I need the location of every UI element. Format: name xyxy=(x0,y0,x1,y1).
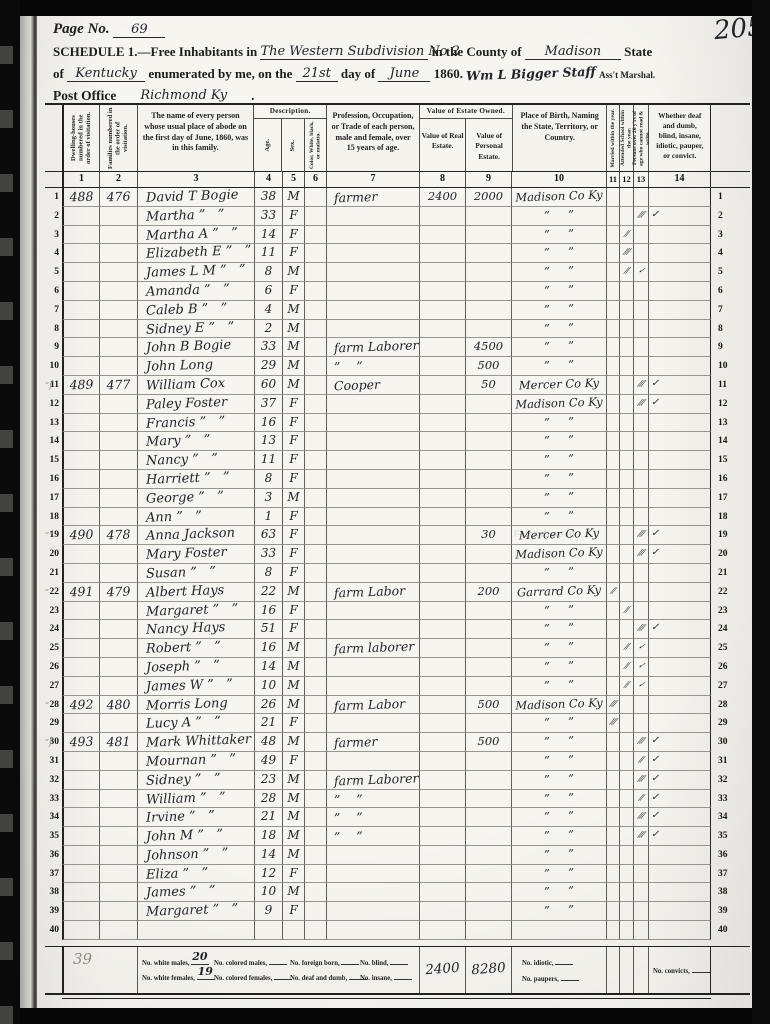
cell-name: William Cox xyxy=(138,376,255,395)
table-row: 4 Elizabeth E ” ” 11 F ” ” /// 4 xyxy=(45,244,750,263)
county-blank: Madison xyxy=(525,44,621,60)
cell-occupation xyxy=(327,526,420,545)
cell-birthplace: ” ” xyxy=(512,827,607,846)
cell-personal-estate-value xyxy=(466,489,512,508)
cell-birthplace: ” ” xyxy=(512,602,607,621)
colnum-6: 6 xyxy=(305,172,327,187)
table-row: 34 Irvine ” ” 21 M ” ” ” ” /// ✓ 34 xyxy=(45,808,750,827)
cell-occupation xyxy=(327,677,420,696)
table-row: 2 Martha ” ” 33 F ” ” /// ✓ 2 xyxy=(45,207,750,226)
cell-sex: F xyxy=(283,714,305,733)
cell-occupation xyxy=(327,865,420,884)
cell-dwelling-number xyxy=(62,564,100,583)
cell-cannot-read-write: /// xyxy=(634,395,649,414)
cell-sex: M xyxy=(283,733,305,752)
cell-sex: M xyxy=(283,263,305,282)
summary-margin-right xyxy=(711,947,750,993)
cell-occupation xyxy=(327,282,420,301)
cell-birthplace: ” ” xyxy=(512,902,607,921)
cell-color xyxy=(305,320,327,339)
cell-occupation xyxy=(327,508,420,527)
cell-real-estate-value xyxy=(420,263,466,282)
cell-attended-school: /// xyxy=(620,244,634,263)
cell-real-estate-value xyxy=(420,583,466,602)
row-number-right: 14 xyxy=(711,432,750,451)
cell-deaf-dumb-blind xyxy=(649,263,711,282)
row-number-right: 40 xyxy=(711,921,750,940)
cell-birthplace: ” ” xyxy=(512,489,607,508)
cell-deaf-dumb-blind xyxy=(649,226,711,245)
cell-deaf-dumb-blind xyxy=(649,451,711,470)
cell-age: 10 xyxy=(255,883,283,902)
cell-personal-estate-value xyxy=(466,282,512,301)
header-real-estate: Value of Real Estate. xyxy=(420,119,467,171)
row-number-right: 26 xyxy=(711,658,750,677)
cell-birthplace: Garrard Co Ky xyxy=(512,583,607,602)
idiotic-label: No. idiotic, xyxy=(522,957,606,967)
cell-real-estate-value xyxy=(420,714,466,733)
cell-personal-estate-value xyxy=(466,470,512,489)
cell-age: 14 xyxy=(255,658,283,677)
colnum-12: 12 xyxy=(620,172,634,187)
cell-deaf-dumb-blind: ✓ xyxy=(649,752,711,771)
cell-dwelling-number xyxy=(62,752,100,771)
cell-dwelling-number xyxy=(62,677,100,696)
header-sex: Sex. xyxy=(282,119,304,172)
cell-age: 26 xyxy=(255,696,283,715)
cell-cannot-read-write xyxy=(634,489,649,508)
cell-attended-school xyxy=(620,526,634,545)
cell-married-within-year xyxy=(607,338,620,357)
summary-real-total: 2400 xyxy=(420,947,466,993)
cell-name: Nancy ” ” xyxy=(138,451,255,470)
cell-color xyxy=(305,733,327,752)
cell-real-estate-value xyxy=(420,395,466,414)
cell-dwelling-number: 491 xyxy=(62,583,100,602)
cell-name: Morris Long xyxy=(138,696,255,715)
scanned-census-page: { "colors": {"ink": "#23232c", "pencil":… xyxy=(0,0,770,1024)
summary-pair: No. colored females, xyxy=(214,972,290,982)
cell-name: Martha ” ” xyxy=(138,207,255,226)
cell-deaf-dumb-blind xyxy=(649,301,711,320)
cell-cannot-read-write xyxy=(634,320,649,339)
cell-occupation xyxy=(327,320,420,339)
cell-occupation: farm Labor xyxy=(327,583,420,602)
header-color: Color, White, black, or mulatto. xyxy=(305,119,326,172)
cell-dwelling-number xyxy=(62,470,100,489)
cell-personal-estate-value: 500 xyxy=(466,733,512,752)
row-number-right: 1 xyxy=(711,188,750,207)
row-number-left: 31 xyxy=(45,752,62,771)
cell-birthplace: ” ” xyxy=(512,357,607,376)
cell-married-within-year xyxy=(607,395,620,414)
cell-cannot-read-write: /// xyxy=(634,771,649,790)
cell-deaf-dumb-blind xyxy=(649,320,711,339)
table-row: 36 Johnson ” ” 14 M ” ” 36 xyxy=(45,846,750,865)
summary-personal-total: 8280 xyxy=(466,947,512,993)
cell-age: 18 xyxy=(255,827,283,846)
colnum-13: 13 xyxy=(634,172,649,187)
cell-color xyxy=(305,357,327,376)
row-number-right: 31 xyxy=(711,752,750,771)
cell-personal-estate-value: 50 xyxy=(466,376,512,395)
cell-family-number xyxy=(100,282,138,301)
cell-color xyxy=(305,583,327,602)
cell-name: Elizabeth E ” ” xyxy=(138,244,255,263)
colnum-margin-right xyxy=(711,172,750,187)
table-row: 33 William ” ” 28 M ” ” ” ” // ✓ 33 xyxy=(45,790,750,809)
cell-dwelling-number xyxy=(62,263,100,282)
cell-attended-school xyxy=(620,583,634,602)
cell-name: Johnson ” ” xyxy=(138,846,255,865)
row-number-left: 32 xyxy=(45,771,62,790)
cell-color xyxy=(305,301,327,320)
cell-cannot-read-write: /// xyxy=(634,207,649,226)
table-row: 9 John B Bogie 33 M farm Laborer 4500 ” … xyxy=(45,338,750,357)
row-number-left: 4 xyxy=(45,244,62,263)
cell-color xyxy=(305,376,327,395)
cell-name: James L M ” ” xyxy=(138,263,255,282)
cell-sex: M xyxy=(283,357,305,376)
cell-age: 13 xyxy=(255,432,283,451)
cell-family-number xyxy=(100,451,138,470)
cell-birthplace: ” ” xyxy=(512,301,607,320)
row-number-left: 17 xyxy=(45,489,62,508)
cell-name: Anna Jackson xyxy=(138,526,255,545)
cell-attended-school xyxy=(620,827,634,846)
census-table: Dwelling-houses numbered in the order of… xyxy=(45,103,750,999)
cell-married-within-year xyxy=(607,470,620,489)
cell-occupation xyxy=(327,883,420,902)
cell-attended-school xyxy=(620,714,634,733)
cell-married-within-year xyxy=(607,564,620,583)
row-number-left: 12 xyxy=(45,395,62,414)
cell-color xyxy=(305,921,327,940)
cell-deaf-dumb-blind xyxy=(649,357,711,376)
cell-name: Harriett ” ” xyxy=(138,470,255,489)
marshal-label: Ass't Marshal. xyxy=(599,70,655,80)
row-number-left: 40 xyxy=(45,921,62,940)
cell-personal-estate-value: 2000 xyxy=(466,188,512,207)
cell-age: 8 xyxy=(255,564,283,583)
cell-personal-estate-value xyxy=(466,263,512,282)
cell-cannot-read-write xyxy=(634,451,649,470)
cell-age: 1 xyxy=(255,508,283,527)
row-number-left: 14 xyxy=(45,432,62,451)
cell-real-estate-value xyxy=(420,432,466,451)
table-row: 10 John Long 29 M ” ” 500 ” ” 10 xyxy=(45,357,750,376)
cell-name: David T Bogie xyxy=(138,188,255,207)
cell-deaf-dumb-blind xyxy=(649,639,711,658)
cell-deaf-dumb-blind: ✓ xyxy=(649,376,711,395)
cell-age: 48 xyxy=(255,733,283,752)
row-number-right: 6 xyxy=(711,282,750,301)
cell-color xyxy=(305,470,327,489)
cell-deaf-dumb-blind: ✓ xyxy=(649,620,711,639)
cell-color xyxy=(305,602,327,621)
cell-sex: F xyxy=(283,564,305,583)
cell-age: 14 xyxy=(255,846,283,865)
cell-attended-school xyxy=(620,865,634,884)
cell-sex: F xyxy=(283,620,305,639)
table-row: 14 Mary ” ” 13 F ” ” 14 xyxy=(45,432,750,451)
cell-birthplace: ” ” xyxy=(512,620,607,639)
cell-attended-school: // xyxy=(620,263,634,282)
row-number-left: 3 xyxy=(45,226,62,245)
cell-birthplace: ” ” xyxy=(512,244,607,263)
cell-cannot-read-write xyxy=(634,921,649,940)
cell-attended-school xyxy=(620,357,634,376)
row-number-left: 1 xyxy=(45,188,62,207)
cell-deaf-dumb-blind xyxy=(649,921,711,940)
row-number-left: 15 xyxy=(45,451,62,470)
cell-attended-school: // xyxy=(620,226,634,245)
cell-real-estate-value xyxy=(420,320,466,339)
cell-occupation xyxy=(327,714,420,733)
cell-married-within-year xyxy=(607,282,620,301)
table-row: 3 Martha A ” ” 14 F ” ” // 3 xyxy=(45,226,750,245)
row-number-right: 38 xyxy=(711,883,750,902)
cell-cannot-read-write xyxy=(634,564,649,583)
cell-attended-school xyxy=(620,696,634,715)
cell-deaf-dumb-blind xyxy=(649,602,711,621)
row-number-left: 10 xyxy=(45,357,62,376)
cell-color xyxy=(305,846,327,865)
row-number-left: 38 xyxy=(45,883,62,902)
cell-married-within-year xyxy=(607,733,620,752)
cell-age: 28 xyxy=(255,790,283,809)
summary-pair: No. blind, xyxy=(360,957,424,967)
cell-occupation xyxy=(327,432,420,451)
table-row: 20 Mary Foster 33 F Madison Co Ky /// ✓ … xyxy=(45,545,750,564)
cell-birthplace: ” ” xyxy=(512,714,607,733)
cell-color xyxy=(305,658,327,677)
cell-family-number xyxy=(100,865,138,884)
cell-deaf-dumb-blind xyxy=(649,865,711,884)
cell-cannot-read-write xyxy=(634,583,649,602)
cell-real-estate-value xyxy=(420,301,466,320)
cell-personal-estate-value xyxy=(466,207,512,226)
cell-occupation xyxy=(327,414,420,433)
post-office-line: Post Office Richmond Ky . xyxy=(53,88,254,104)
table-row: 24 Nancy Hays 51 F ” ” /// ✓ 24 xyxy=(45,620,750,639)
cell-occupation xyxy=(327,451,420,470)
cell-dwelling-number: 489 xyxy=(62,376,100,395)
table-body: 1 488 476 David T Bogie 38 M farmer 2400… xyxy=(45,187,750,940)
summary-pair: No. white females, 19 xyxy=(142,972,214,982)
cell-dwelling-number xyxy=(62,282,100,301)
column-number-row: 1 2 3 4 5 6 7 8 9 10 11 12 13 14 xyxy=(45,171,750,187)
cell-color xyxy=(305,865,327,884)
cell-sex: F xyxy=(283,282,305,301)
cell-name: Amanda ” ” xyxy=(138,282,255,301)
cell-attended-school xyxy=(620,921,634,940)
cell-real-estate-value xyxy=(420,733,466,752)
table-header: Dwelling-houses numbered in the order of… xyxy=(45,103,750,171)
summary-margin-left xyxy=(45,947,62,993)
cell-deaf-dumb-blind xyxy=(649,677,711,696)
cell-sex: F xyxy=(283,602,305,621)
cell-married-within-year xyxy=(607,244,620,263)
cell-sex: M xyxy=(283,808,305,827)
cell-dwelling-number xyxy=(62,432,100,451)
table-row: 25 Robert ” ” 16 M farm laborer ” ” // ✓… xyxy=(45,639,750,658)
cell-family-number: 476 xyxy=(100,188,138,207)
cell-name: Mary Foster xyxy=(138,545,255,564)
cell-personal-estate-value xyxy=(466,564,512,583)
cell-real-estate-value xyxy=(420,545,466,564)
cell-real-estate-value xyxy=(420,827,466,846)
cell-occupation: farm laborer xyxy=(327,639,420,658)
cell-family-number xyxy=(100,545,138,564)
of-label: of xyxy=(53,66,64,81)
cell-name: Mark Whittaker xyxy=(138,733,255,752)
table-row: 8 Sidney E ” ” 2 M ” ” 8 xyxy=(45,320,750,339)
header-age: Age. xyxy=(254,119,282,172)
cell-cannot-read-write: // xyxy=(634,790,649,809)
cell-sex: M xyxy=(283,376,305,395)
cell-married-within-year xyxy=(607,320,620,339)
colnum-margin-left xyxy=(45,172,62,187)
cell-sex: M xyxy=(283,790,305,809)
cell-dwelling-number xyxy=(62,226,100,245)
cell-personal-estate-value xyxy=(466,395,512,414)
cell-real-estate-value xyxy=(420,865,466,884)
year-label: 1860. xyxy=(434,66,463,81)
cell-color xyxy=(305,432,327,451)
cell-age: 8 xyxy=(255,263,283,282)
cell-attended-school: // xyxy=(620,602,634,621)
cell-sex: M xyxy=(283,639,305,658)
cell-cannot-read-write: ✓ xyxy=(634,677,649,696)
cell-occupation xyxy=(327,658,420,677)
cell-dwelling-number xyxy=(62,338,100,357)
cell-dwelling-number: 492 xyxy=(62,696,100,715)
cell-attended-school xyxy=(620,733,634,752)
row-number-left: 26 xyxy=(45,658,62,677)
row-number-left: 25 xyxy=(45,639,62,658)
cell-dwelling-number xyxy=(62,714,100,733)
cell-age: 33 xyxy=(255,545,283,564)
census-page: 205 Page No. 69 SCHEDULE 1.—Free Inhabit… xyxy=(20,16,752,1008)
cell-sex: M xyxy=(283,338,305,357)
table-row: 38 James ” ” 10 M ” ” 38 xyxy=(45,883,750,902)
cell-age: 16 xyxy=(255,639,283,658)
cell-dwelling-number xyxy=(62,790,100,809)
cell-attended-school xyxy=(620,545,634,564)
cell-attended-school xyxy=(620,470,634,489)
cell-cannot-read-write xyxy=(634,357,649,376)
description-group-label: Description. xyxy=(254,105,326,119)
cell-personal-estate-value xyxy=(466,714,512,733)
scan-right-black-edge xyxy=(752,0,770,1024)
cell-age: 11 xyxy=(255,244,283,263)
cell-family-number xyxy=(100,790,138,809)
cell-color xyxy=(305,827,327,846)
cell-color xyxy=(305,414,327,433)
cell-personal-estate-value xyxy=(466,545,512,564)
cell-attended-school xyxy=(620,564,634,583)
table-row: 21 Susan ” ” 8 F ” ” 21 xyxy=(45,564,750,583)
cell-birthplace: Madison Co Ky xyxy=(512,545,607,564)
cell-real-estate-value xyxy=(420,883,466,902)
cell-personal-estate-value xyxy=(466,602,512,621)
cell-married-within-year xyxy=(607,508,620,527)
cell-occupation xyxy=(327,545,420,564)
cell-real-estate-value xyxy=(420,244,466,263)
cell-married-within-year xyxy=(607,451,620,470)
cell-family-number xyxy=(100,771,138,790)
cell-name: Joseph ” ” xyxy=(138,658,255,677)
row-number-right: 29 xyxy=(711,714,750,733)
row-number-left: 39 xyxy=(45,902,62,921)
cell-color xyxy=(305,564,327,583)
cell-family-number xyxy=(100,620,138,639)
row-number-left: 21 xyxy=(45,564,62,583)
cell-color xyxy=(305,620,327,639)
post-office-blank: Richmond Ky xyxy=(120,88,248,104)
cell-birthplace: ” ” xyxy=(512,320,607,339)
cell-family-number xyxy=(100,714,138,733)
cell-real-estate-value xyxy=(420,696,466,715)
cell-name: Margaret ” ” xyxy=(138,602,255,621)
cell-dwelling-number xyxy=(62,771,100,790)
cell-dwelling-number xyxy=(62,244,100,263)
cell-deaf-dumb-blind xyxy=(649,508,711,527)
convicts-label: No. convicts, xyxy=(653,965,710,975)
cell-sex: F xyxy=(283,395,305,414)
cell-married-within-year xyxy=(607,414,620,433)
paupers-label: No. paupers, xyxy=(522,973,606,983)
cell-age: 23 xyxy=(255,771,283,790)
table-row: 13 Francis ” ” 16 F ” ” 13 xyxy=(45,414,750,433)
cell-name: Paley Foster xyxy=(138,395,255,414)
cell-occupation: ” ” xyxy=(327,827,420,846)
cell-dwelling-number xyxy=(62,414,100,433)
cell-real-estate-value xyxy=(420,489,466,508)
row-number-left: 9 xyxy=(45,338,62,357)
row-number-left: ”ſ30 xyxy=(45,733,62,752)
cell-deaf-dumb-blind xyxy=(649,714,711,733)
cell-deaf-dumb-blind xyxy=(649,564,711,583)
cell-occupation: farm Laborer xyxy=(327,338,420,357)
cell-dwelling-number xyxy=(62,602,100,621)
cell-real-estate-value xyxy=(420,414,466,433)
cell-age: 63 xyxy=(255,526,283,545)
cell-family-number xyxy=(100,846,138,865)
cell-age: 60 xyxy=(255,376,283,395)
row-number-right: 4 xyxy=(711,244,750,263)
summary-col12 xyxy=(620,947,634,993)
table-row: 35 John M ” ” 18 M ” ” ” ” /// ✓ 35 xyxy=(45,827,750,846)
cell-personal-estate-value xyxy=(466,921,512,940)
cell-color xyxy=(305,207,327,226)
table-row: 39 Margaret ” ” 9 F ” ” 39 xyxy=(45,902,750,921)
cell-personal-estate-value: 500 xyxy=(466,696,512,715)
cell-family-number: 478 xyxy=(100,526,138,545)
header-cannot-read: Persons over 20 y'rs of age who cannot r… xyxy=(634,105,649,171)
table-row: ”22 491 479 Albert Hays 22 M farm Labor … xyxy=(45,583,750,602)
cell-birthplace: ” ” xyxy=(512,414,607,433)
cell-family-number xyxy=(100,564,138,583)
row-number-right: 25 xyxy=(711,639,750,658)
colnum-14: 14 xyxy=(649,172,711,187)
cell-personal-estate-value xyxy=(466,846,512,865)
cell-attended-school xyxy=(620,282,634,301)
cell-real-estate-value xyxy=(420,752,466,771)
row-number-left: ”ſ11 xyxy=(45,376,62,395)
cell-deaf-dumb-blind xyxy=(649,902,711,921)
